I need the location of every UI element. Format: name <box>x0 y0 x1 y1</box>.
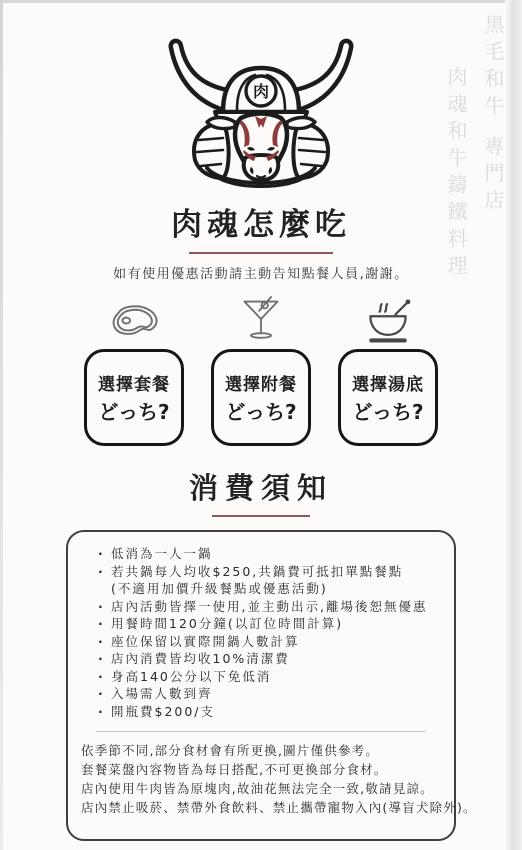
rule-item: 低消為一人一鍋 <box>98 545 442 563</box>
set-meal-button[interactable]: 選擇套餐 どっち? <box>84 349 184 446</box>
photo-edge-top <box>0 0 522 3</box>
choice-soup-base: 選擇湯底 どっち? <box>338 294 438 446</box>
choice-label: 選擇湯底 <box>352 370 424 395</box>
rule-item-note: (不適用加價升級餐點或優惠活動) <box>98 580 442 598</box>
cocktail-icon <box>239 294 283 344</box>
rule-item: 店內消費皆均收10%清潔費 <box>98 650 442 668</box>
choice-row: 選擇套餐 どっち? 選擇附餐 どっち? <box>0 294 522 446</box>
soup-base-button[interactable]: 選擇湯底 どっち? <box>338 349 438 446</box>
title-underline <box>189 252 333 254</box>
soup-bowl-icon <box>362 294 414 344</box>
choice-sublabel: どっち? <box>225 396 296 425</box>
notice-box: 低消為一人一鍋 若共鍋每人均收$250,共鍋費可抵扣單點餐點 (不適用加價升級餐… <box>66 530 456 841</box>
steak-icon <box>105 294 163 344</box>
footnote-line: 依季節不同,部分食材會有所更換,圖片僅供參考。 <box>81 741 442 760</box>
notice-section-title: 消費須知 <box>0 466 522 507</box>
footnote-line: 店內使用牛肉皆為原塊肉,故油花無法完全一致,敬請見諒。 <box>81 779 442 798</box>
rule-item: 身高140公分以下免低消 <box>98 668 442 686</box>
rule-item: 用餐時間120分鐘(以訂位時間計算) <box>98 615 442 633</box>
notice-underline <box>212 515 310 517</box>
rule-item: 若共鍋每人均收$250,共鍋費可抵扣單點餐點 <box>98 563 442 581</box>
footnotes: 依季節不同,部分食材會有所更換,圖片僅供參考。 套餐菜盤內容物皆為每日搭配,不可… <box>81 741 442 817</box>
choice-sublabel: どっち? <box>352 396 423 425</box>
crest-character: 肉 <box>253 82 269 101</box>
choice-label: 選擇套餐 <box>98 370 170 395</box>
footnote-line: 套餐菜盤內容物皆為每日搭配,不可更換部分食材。 <box>81 760 442 779</box>
photo-edge-right <box>505 0 522 850</box>
choice-set-meal: 選擇套餐 どっち? <box>84 294 184 446</box>
choice-sublabel: どっち? <box>98 396 169 425</box>
bull-samurai-logo: 肉 <box>150 28 372 196</box>
rule-item: 座位保留以實際開鍋人數計算 <box>98 633 442 651</box>
watermark-shop-type: 黑毛和牛 專門店 <box>481 14 505 216</box>
rule-item: 開瓶費$200/支 <box>98 703 442 721</box>
rule-item: 入場需人數到齊 <box>98 685 442 703</box>
watermark-shop-name: 肉魂和牛鑄鐵料理 <box>444 66 468 282</box>
notice-divider <box>96 731 426 732</box>
rules-list: 低消為一人一鍋 若共鍋每人均收$250,共鍋費可抵扣單點餐點 (不適用加價升級餐… <box>98 545 442 720</box>
side-dish-button[interactable]: 選擇附餐 どっち? <box>211 349 311 446</box>
choice-side-drink: 選擇附餐 どっち? <box>211 294 311 446</box>
rule-item: 店內活動皆擇一使用,並主動出示,離場後恕無優惠 <box>98 598 442 616</box>
photo-edge-left <box>0 0 3 850</box>
choice-label: 選擇附餐 <box>225 370 297 395</box>
footnote-line: 店內禁止吸菸、禁帶外食飲料、禁止攜帶寵物入內(導盲犬除外)。 <box>81 798 442 817</box>
